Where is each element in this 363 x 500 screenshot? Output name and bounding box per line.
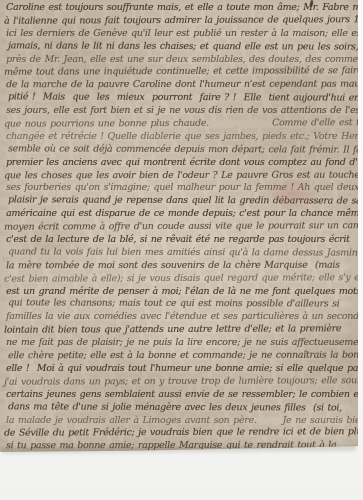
handwritten-line: Caroline est toujours souffrante mais, e… [0,2,358,15]
handwritten-line: elle chère petite; elle est à la bonne e… [0,350,358,364]
handwritten-line: est un grand mérite de penser à moi; l'é… [0,286,358,299]
handwritten-line: changée et rétrécie ! Quelle diablerie q… [0,131,358,144]
handwritten-line: ici les derniers de Genève qu'il leur es… [0,28,358,41]
handwritten-line: plaisir je serais quand je repense dans … [0,195,358,209]
handwritten-line: c'est de la lecture de la blé, si ne rêv… [0,234,358,247]
handwritten-line: que nous pourrions une bonne plus chaude… [0,117,358,131]
letter-lines: Caroline est toujours souffrante mais, e… [0,0,358,453]
handwritten-line: lointain dit bien tous que j'attends une… [0,323,358,337]
handwritten-line: qui toute les chansons; mais tout ce qui… [0,298,358,312]
handwritten-line: la mère tombée de moi sont des souvenirs… [0,260,358,274]
scanned-letter-page: { "palette":{ "paper":"#cdc2b3", "ink":"… [0,0,363,500]
handwritten-line: premier les anciens avec qui montrent éc… [0,157,358,170]
paper-edge-shadow [2,446,356,457]
handwritten-line: ses fourberies qu'on s'imagine; quel mal… [0,182,358,195]
handwritten-line: pitié ! Mais que les mieux pourront fair… [0,92,358,106]
handwritten-line: que les choses que les avoir bien de l'o… [0,169,358,183]
handwritten-line: semble où ce soit déjà commencée depuis … [0,143,358,157]
handwritten-line: quand tu la vois fais lui bien mes amiti… [0,246,358,260]
handwritten-line: dans ma tête d'une si jolie ménagère ave… [0,401,358,415]
handwritten-line: elle ! Moi à qui voudrais tout l'humeur … [0,363,358,376]
letter-paper: Caroline est toujours souffrante mais, e… [0,0,358,452]
handwritten-line: à l'italienne qui nous fait toujours adm… [0,14,358,28]
handwritten-line: ne me fait pas de plaisir; je ne puis la… [0,337,358,350]
handwritten-line: certains jeunes gens semblaient aussi en… [0,389,358,402]
handwritten-line: familles la vie aux comédies avec l'éten… [0,311,358,324]
handwritten-line: de la marche de la pauvre Caroline dont … [0,79,358,93]
handwritten-line: ses jours, elle est fort bien et si je n… [0,105,358,118]
handwritten-line: j'ai voudrais dans un pays; et on y trou… [0,375,358,389]
handwritten-line: jamais, ni dans le lit ni dans les chais… [0,40,358,54]
handwritten-line: moyen écrit comme à offre d'un coude aus… [0,220,358,234]
handwritten-line: américaine qui est disparue de ce monde … [0,208,358,221]
handwritten-line: c'est bien aimable à elle); si je vous d… [0,272,358,286]
